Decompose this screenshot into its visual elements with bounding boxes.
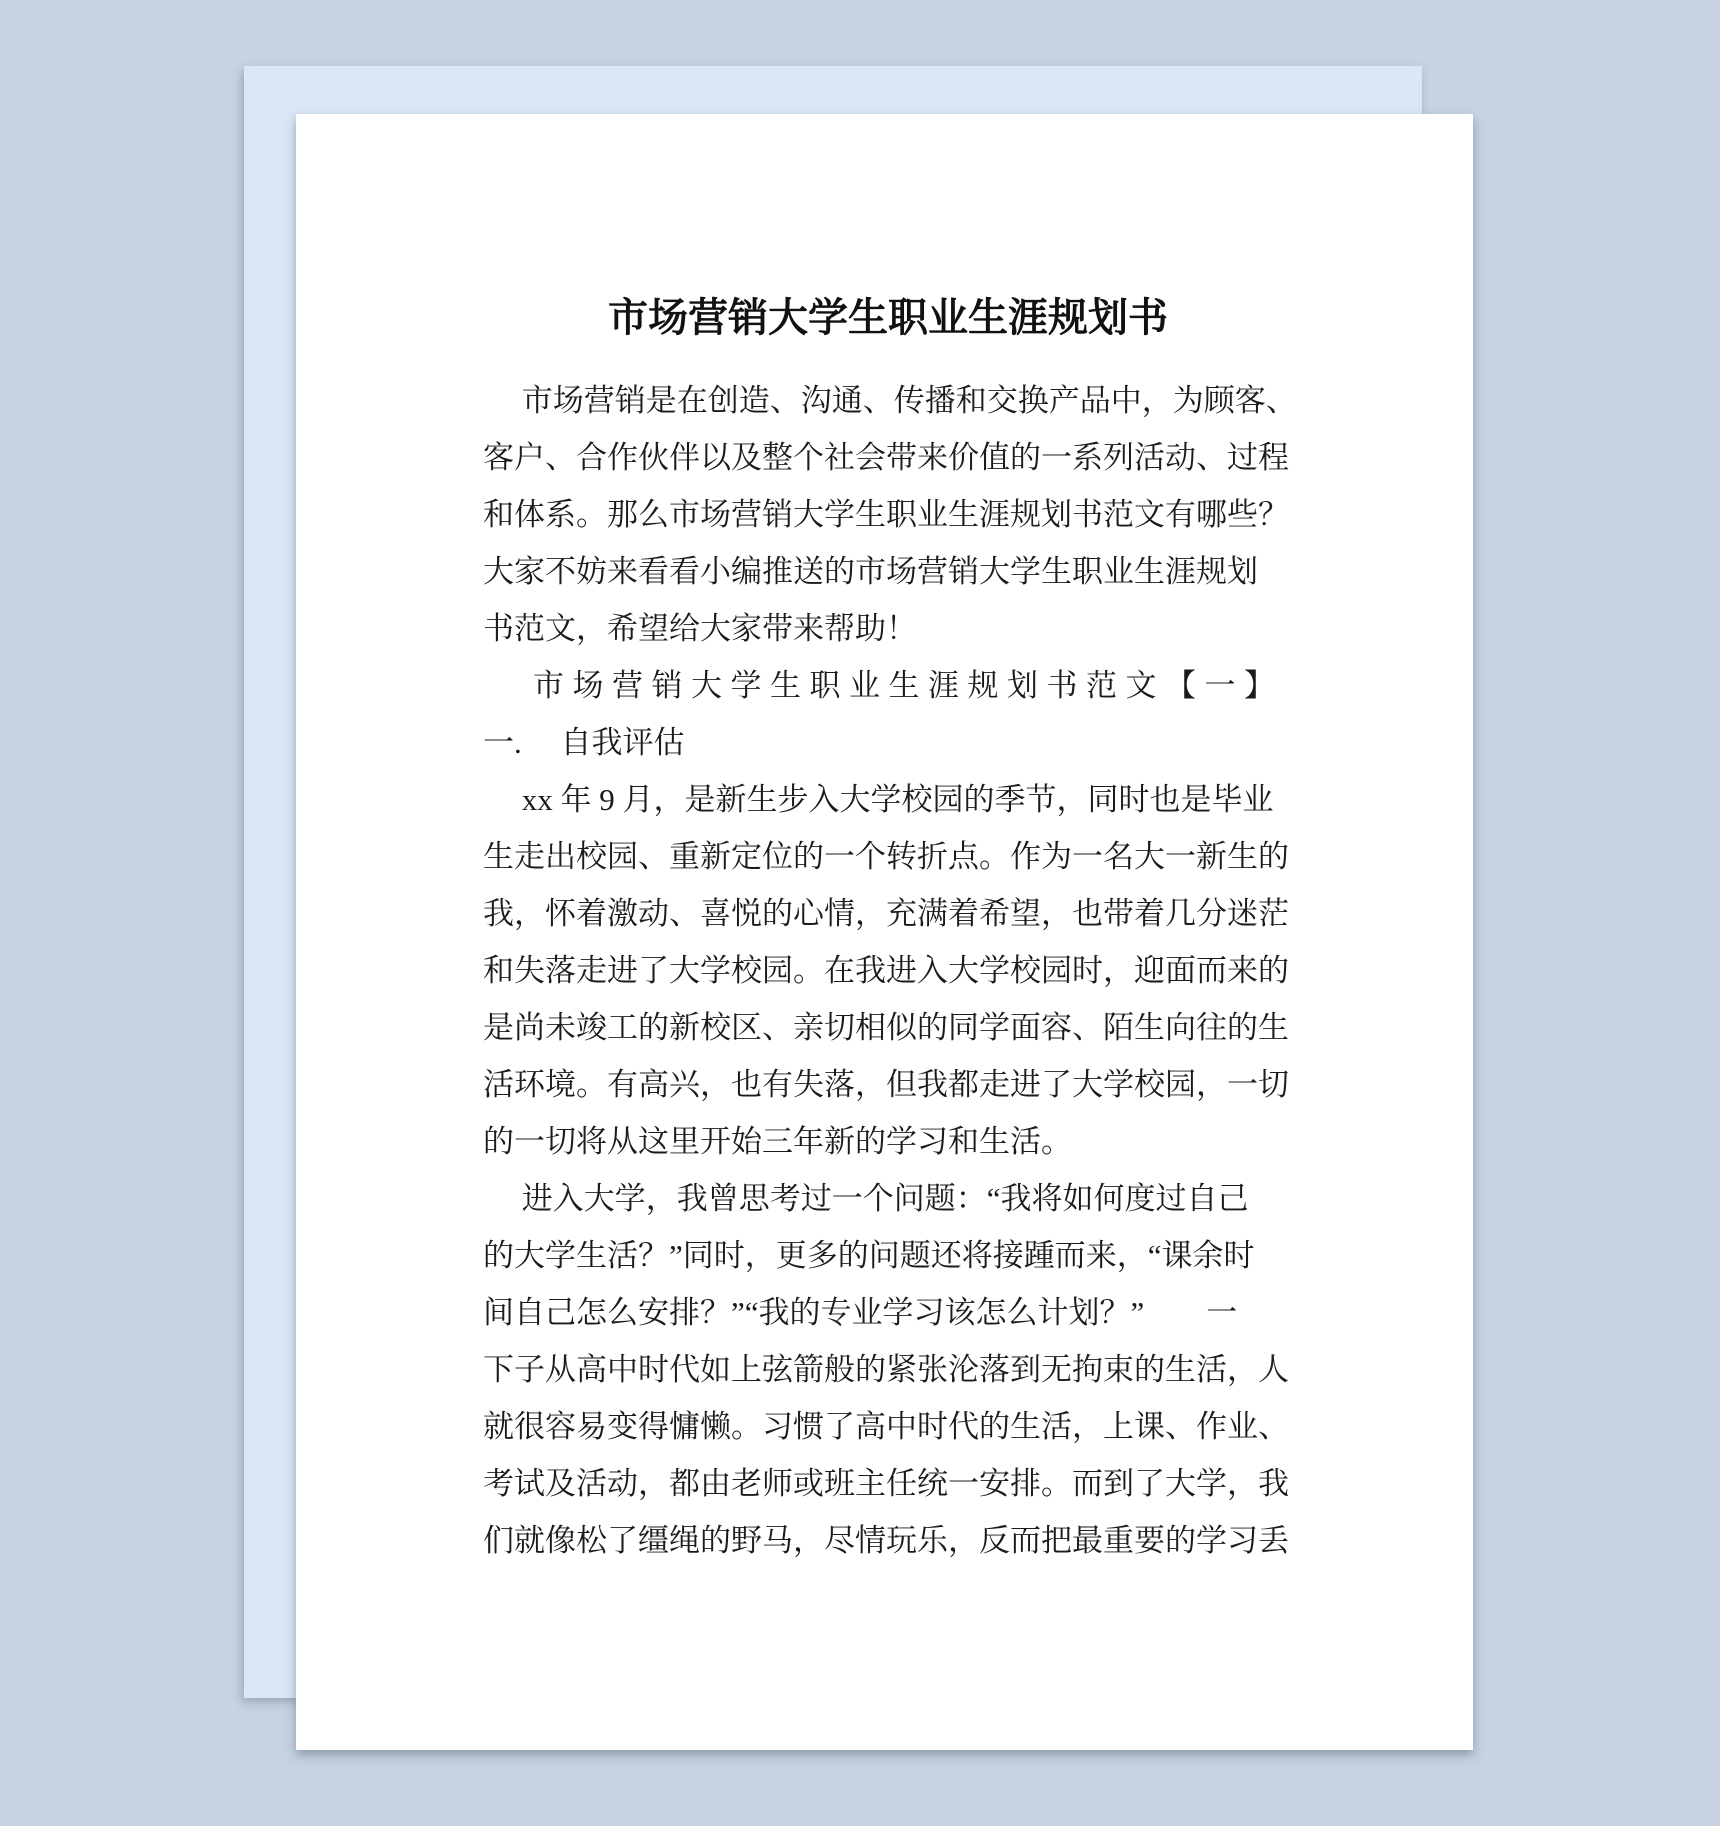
document-title: 市场营销大学生职业生涯规划书 bbox=[483, 294, 1293, 342]
text-line: 们就像松了缰绳的野马，尽情玩乐，反而把最重要的学习丢 bbox=[483, 1512, 1293, 1569]
text-line: 进入大学，我曾思考过一个问题：“我将如何度过自己 bbox=[483, 1170, 1293, 1227]
text-line: 市场营销是在创造、沟通、传播和交换产品中，为顾客、 bbox=[483, 372, 1293, 429]
document-page: 市场营销大学生职业生涯规划书 市场营销是在创造、沟通、传播和交换产品中，为顾客、… bbox=[296, 114, 1473, 1750]
text-line: 考试及活动，都由老师或班主任统一安排。而到了大学，我 bbox=[483, 1455, 1293, 1512]
text-line: 书范文，希望给大家带来帮助！ bbox=[483, 600, 1293, 657]
text-line: 大家不妨来看看小编推送的市场营销大学生职业生涯规划 bbox=[483, 543, 1293, 600]
paragraph-intro: 市场营销是在创造、沟通、传播和交换产品中，为顾客、客户、合作伙伴以及整个社会带来… bbox=[483, 372, 1293, 657]
text-line: 的大学生活？”同时，更多的问题还将接踵而来，“课余时 bbox=[483, 1227, 1293, 1284]
page-content: 市场营销大学生职业生涯规划书 市场营销是在创造、沟通、传播和交换产品中，为顾客、… bbox=[296, 114, 1473, 1569]
text-line: 间自己怎么安排？”“我的专业学习该怎么计划？” 一 bbox=[483, 1284, 1293, 1341]
text-line: 市场营销大学生职业生涯规划书范文【一】 bbox=[483, 657, 1293, 714]
text-line: 客户、合作伙伴以及整个社会带来价值的一系列活动、过程 bbox=[483, 429, 1293, 486]
text-line: 活环境。有高兴，也有失落，但我都走进了大学校园，一切 bbox=[483, 1056, 1293, 1113]
text-line: 的一切将从这里开始三年新的学习和生活。 bbox=[483, 1113, 1293, 1170]
text-line: 就很容易变得慵懒。习惯了高中时代的生活，上课、作业、 bbox=[483, 1398, 1293, 1455]
paragraph-self-assessment-2: 进入大学，我曾思考过一个问题：“我将如何度过自己的大学生活？”同时，更多的问题还… bbox=[483, 1170, 1293, 1569]
text-line: 一. 自我评估 bbox=[483, 714, 1293, 771]
text-line: 和体系。那么市场营销大学生职业生涯规划书范文有哪些？ bbox=[483, 486, 1293, 543]
text-line: 我，怀着激动、喜悦的心情，充满着希望，也带着几分迷茫 bbox=[483, 885, 1293, 942]
section-heading-sample-one: 市场营销大学生职业生涯规划书范文【一】 bbox=[483, 657, 1293, 714]
text-line: 生走出校园、重新定位的一个转折点。作为一名大一新生的 bbox=[483, 828, 1293, 885]
paragraph-self-assessment-1: xx 年 9 月，是新生步入大学校园的季节，同时也是毕业生走出校园、重新定位的一… bbox=[483, 771, 1293, 1170]
text-line: 和失落走进了大学校园。在我进入大学校园时，迎面而来的 bbox=[483, 942, 1293, 999]
text-line: xx 年 9 月，是新生步入大学校园的季节，同时也是毕业 bbox=[483, 771, 1293, 828]
desktop-background: { "colors": { "bg": "#c7d3e0", "backpage… bbox=[0, 0, 1720, 1826]
list-item-self-assessment: 一. 自我评估 bbox=[483, 714, 1293, 771]
document-body: 市场营销是在创造、沟通、传播和交换产品中，为顾客、客户、合作伙伴以及整个社会带来… bbox=[483, 372, 1293, 1569]
text-line: 下子从高中时代如上弦箭般的紧张沦落到无拘束的生活，人 bbox=[483, 1341, 1293, 1398]
text-line: 是尚未竣工的新校区、亲切相似的同学面容、陌生向往的生 bbox=[483, 999, 1293, 1056]
